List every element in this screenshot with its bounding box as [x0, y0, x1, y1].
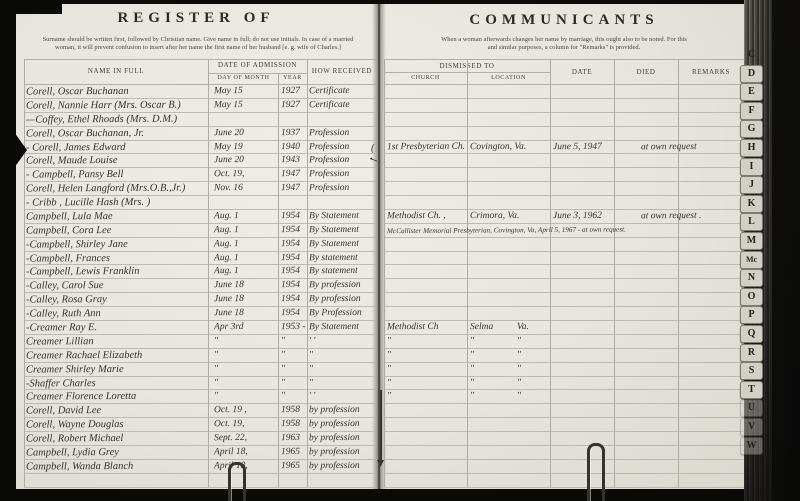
cell-year: 1943: [281, 154, 307, 167]
cell-location: '': [470, 390, 516, 403]
cell-location-2: '': [517, 363, 545, 376]
cell-how-received: By statement: [309, 265, 379, 278]
cell-name: —Coffey, Ethel Rhoads (Mrs. D.M.): [26, 112, 206, 126]
cell-location: '': [470, 335, 516, 348]
cell-name: Creamer Shirley Marie: [26, 362, 206, 376]
cell-location: Covington, Va.: [470, 140, 516, 153]
cell-location-2: '': [517, 335, 545, 348]
cell-year: 1954: [281, 265, 307, 278]
cell-day: Aug. 1: [214, 251, 276, 264]
index-tab-m: M: [740, 232, 763, 250]
cell-how-received: Profession: [309, 140, 379, 153]
index-tab-r: R: [740, 344, 763, 362]
row-rule: [384, 195, 744, 196]
cell-year: 1940: [281, 140, 307, 153]
row-rule: [384, 487, 744, 488]
cell-church: 1st Presbyterian Ch.: [387, 140, 467, 153]
cell-how-received: Profession: [309, 126, 379, 139]
index-tab-o: O: [740, 288, 763, 306]
cell-year: 1953 -: [281, 321, 307, 334]
cell-day: Sept. 22,: [214, 432, 276, 445]
cell-day: Oct. 19,: [214, 418, 276, 431]
cell-day: June 18: [214, 279, 276, 292]
cell-day: Apr 3rd: [214, 321, 276, 334]
cell-location-2: '': [517, 390, 545, 403]
cell-day: Aug. 1: [214, 237, 276, 250]
column-header-day-of-month: DAY OF MONTH: [209, 75, 278, 81]
cell-day: June 20: [214, 126, 276, 139]
cell-location: '': [470, 349, 516, 362]
index-tab-v: V: [740, 418, 763, 436]
column-header-died: DIED: [614, 68, 678, 76]
cell-day: May 15: [214, 99, 276, 112]
cell-how-received: by profession: [309, 404, 379, 417]
index-tab-n: N: [740, 269, 763, 287]
index-tab-c: C: [740, 46, 763, 64]
column-header-remarks: REMARKS: [678, 68, 744, 76]
cell-name: Creamer Rachael Elizabeth: [26, 348, 206, 362]
left-page-subtitle-2: woman, it will prevent confusion to inse…: [26, 44, 370, 51]
cell-location: '': [470, 362, 516, 375]
cell-year: 1958: [281, 404, 307, 417]
cell-year: 1963: [281, 432, 307, 445]
cell-how-received: By Statement: [309, 237, 379, 250]
cell-name: Corell, Maude Louise: [26, 154, 206, 168]
cell-year: 1958: [281, 418, 307, 431]
cell-name: - Campbell, Pansy Bell: [26, 168, 206, 182]
ink-bracket-mark: (: [371, 143, 374, 154]
index-tab-h: H: [740, 139, 763, 157]
cell-day: '': [214, 376, 276, 389]
cell-name: -Campbell, Frances: [26, 251, 206, 265]
cell-name: -Campbell, Shirley Jane: [26, 237, 206, 251]
right-page-subtitle-2: and similar purposes, a column for "Rema…: [394, 44, 734, 51]
cell-location-2: '': [517, 376, 545, 389]
row-rule: [384, 403, 744, 404]
cell-name: Creamer Florence Loretta: [26, 390, 206, 404]
paper-clip-left: [228, 462, 246, 501]
column-header-location: LOCATION: [467, 75, 550, 81]
column-header-church: CHURCH: [384, 75, 467, 81]
right-page-title: COMMUNICANTS: [384, 12, 744, 29]
cell-year: 1937: [281, 127, 307, 140]
cell-how-received: ' ': [309, 335, 379, 348]
cell-name: -Calley, Rosa Gray: [26, 293, 206, 307]
cell-how-received: by profession: [309, 446, 379, 459]
row-rule: [384, 98, 744, 99]
index-tab-d: D: [740, 65, 763, 83]
index-tab-g: G: [740, 120, 763, 138]
row-rule: [384, 473, 744, 474]
index-tab-s: S: [740, 362, 763, 380]
row-rule: [384, 264, 744, 265]
cell-name: Corell, Helen Langford (Mrs.O.B.,Jr.): [26, 182, 206, 196]
cell-day: April 18,: [214, 446, 276, 459]
cell-year: 1954: [281, 279, 307, 292]
index-tab-p: P: [740, 306, 763, 324]
cell-name: Corell, Nannie Harr (Mrs. Oscar B.): [26, 98, 206, 112]
cell-name: Corell, Oscar Buchanan, Jr.: [26, 126, 206, 140]
cell-name: -Calley, Carol Sue: [26, 279, 206, 293]
row-rule: [384, 126, 744, 127]
cell-year: '': [281, 390, 307, 403]
cell-day: '': [214, 362, 276, 375]
row-rule: [24, 487, 377, 488]
cell-name: Creamer Lillian: [26, 334, 206, 348]
cell-name: -Campbell, Lewis Franklin: [26, 265, 206, 279]
cell-how-received: Certificate: [309, 85, 379, 98]
cell-year: 1954: [281, 238, 307, 251]
cell-day: May 19: [214, 140, 276, 153]
cell-year: 1927: [281, 99, 307, 112]
cell-how-received: By statement: [309, 251, 379, 264]
column-header-date-of-admission: DATE OF ADMISSION: [208, 61, 307, 69]
cell-location: Selma: [470, 321, 516, 334]
cell-year: 1954: [281, 307, 307, 320]
cell-name: -Shaffer Charles: [26, 376, 206, 390]
cell-day: June 18: [214, 307, 276, 320]
cell-location: Crimora, Va.: [470, 210, 516, 223]
cell-day: Oct. 19,: [214, 168, 276, 181]
cell-day: May 15: [214, 85, 276, 98]
cell-year: 1954: [281, 210, 307, 223]
cell-year: 1947: [281, 182, 307, 195]
row-rule: [384, 431, 744, 432]
cell-how-received: By Profession: [309, 307, 379, 320]
column-header-year: YEAR: [278, 75, 307, 81]
row-rule: [384, 459, 744, 460]
row-rule: [384, 306, 744, 307]
cell-year: '': [281, 335, 307, 348]
cell-name: Corell, Robert Michael: [26, 431, 206, 445]
cell-how-received: by profession: [309, 432, 379, 445]
cell-how-received: by profession: [309, 460, 379, 473]
cell-church: Methodist Ch: [387, 321, 467, 334]
cell-year: 1927: [281, 85, 307, 98]
row-rule: [384, 278, 744, 279]
cell-year: '': [281, 349, 307, 362]
cell-how-received: Profession: [309, 182, 379, 195]
cell-name: -Calley, Ruth Ann: [26, 307, 206, 321]
cell-location: '': [470, 376, 516, 389]
left-page-subtitle-1: Surname should be written first, followe…: [26, 36, 370, 43]
cell-how-received: By Statement: [309, 224, 379, 237]
cell-remarks: at own request: [641, 140, 746, 154]
index-tab-k: K: [740, 195, 763, 213]
column-header-name-in-full: NAME IN FULL: [24, 67, 208, 75]
cell-church: '': [387, 390, 467, 403]
cell-name: - Cribb , Lucille Hash (Mrs. ): [26, 195, 206, 209]
cell-how-received: Certificate: [309, 99, 379, 112]
index-tab-l: L: [740, 213, 763, 231]
cell-year: 1965: [281, 460, 307, 473]
row-rule: [384, 251, 744, 252]
cell-day: Nov. 16: [214, 182, 276, 195]
cell-church: '': [387, 335, 467, 348]
cell-how-received: By Statement: [309, 321, 379, 334]
cell-day: Aug. 1: [214, 224, 276, 237]
cell-church: Methodist Ch. ,: [387, 210, 467, 223]
cell-day: Aug. 1: [214, 265, 276, 278]
cell-church: '': [387, 376, 467, 389]
row-rule: [384, 237, 744, 238]
cell-name: Campbell, Cora Lee: [26, 223, 206, 237]
cell-day: '': [214, 348, 276, 361]
cell-how-received: Profession: [309, 168, 379, 181]
cell-name: Corell, Wayne Douglas: [26, 418, 206, 432]
row-rule: [384, 417, 744, 418]
row-rule: [384, 181, 744, 182]
scanned-register-book: REGISTER OF Surname should be written fi…: [0, 0, 800, 501]
cell-day: Oct. 19 ,: [214, 404, 276, 417]
cell-year: 1954: [281, 224, 307, 237]
scan-corner-notch: [0, 0, 62, 14]
index-tab-i: I: [740, 158, 763, 176]
index-tab-f: F: [740, 102, 763, 120]
cell-year: 1947: [281, 168, 307, 181]
column-header-date: DATE: [550, 68, 614, 76]
cell-how-received: '': [309, 362, 379, 375]
cell-name: -Creamer Ray E.: [26, 320, 206, 334]
cell-date: June 5, 1947: [553, 140, 613, 153]
cell-day: '': [214, 335, 276, 348]
index-tab-j: J: [740, 176, 763, 194]
cell-remarks: at own request .: [641, 210, 746, 224]
cell-day: '': [214, 390, 276, 403]
cell-name: Campbell, Wanda Blanch: [26, 459, 206, 473]
index-tab-w: W: [740, 437, 763, 455]
cell-year: '': [281, 376, 307, 389]
column-header-how-received: HOW RECEIVED: [307, 67, 377, 75]
cell-year: 1954: [281, 252, 307, 265]
row-rule: [384, 292, 744, 293]
cell-name: Campbell, Lydia Grey: [26, 445, 206, 459]
cell-year: 1954: [281, 293, 307, 306]
index-tab-e: E: [740, 83, 763, 101]
ink-stroke: [380, 390, 382, 462]
cell-how-received: '': [309, 376, 379, 389]
index-tab-mc: Mc: [740, 251, 763, 269]
left-page-title: REGISTER OF: [16, 10, 376, 27]
paper-clip-right: [587, 443, 605, 501]
cell-day: June 20: [214, 154, 276, 167]
cell-how-received: by profession: [309, 418, 379, 431]
right-page-subtitle-1: When a woman afterwards changes her name…: [394, 36, 734, 43]
row-rule: [384, 445, 744, 446]
cell-how-received: '': [309, 348, 379, 361]
row-rule: [384, 167, 744, 168]
cell-day: Aug. 1: [214, 210, 276, 223]
cell-year: '': [281, 363, 307, 376]
index-tab-t: T: [740, 381, 763, 399]
cell-how-received: By Statement: [309, 210, 379, 223]
cell-location-2: '': [517, 349, 545, 362]
cell-church: '': [387, 362, 467, 375]
cell-church: '': [387, 348, 467, 361]
index-tab-u: U: [740, 399, 763, 417]
cell-how-received: By profession: [309, 293, 379, 306]
cell-name: Corell, Oscar Buchanan: [26, 84, 206, 98]
cell-how-received: By profession: [309, 279, 379, 292]
cell-year: 1965: [281, 446, 307, 459]
cell-name: Campbell, Lula Mae: [26, 209, 206, 223]
index-tab-q: Q: [740, 325, 763, 343]
cell-location-2: Va.: [517, 321, 545, 334]
cell-day: June 18: [214, 293, 276, 306]
cell-name: - Corell, James Edward: [26, 140, 206, 154]
row-rule: [384, 112, 744, 113]
cell-how-received: ' ': [309, 390, 379, 403]
cell-name: Corell, David Lee: [26, 404, 206, 418]
cell-date: June 3, 1962: [553, 210, 613, 223]
